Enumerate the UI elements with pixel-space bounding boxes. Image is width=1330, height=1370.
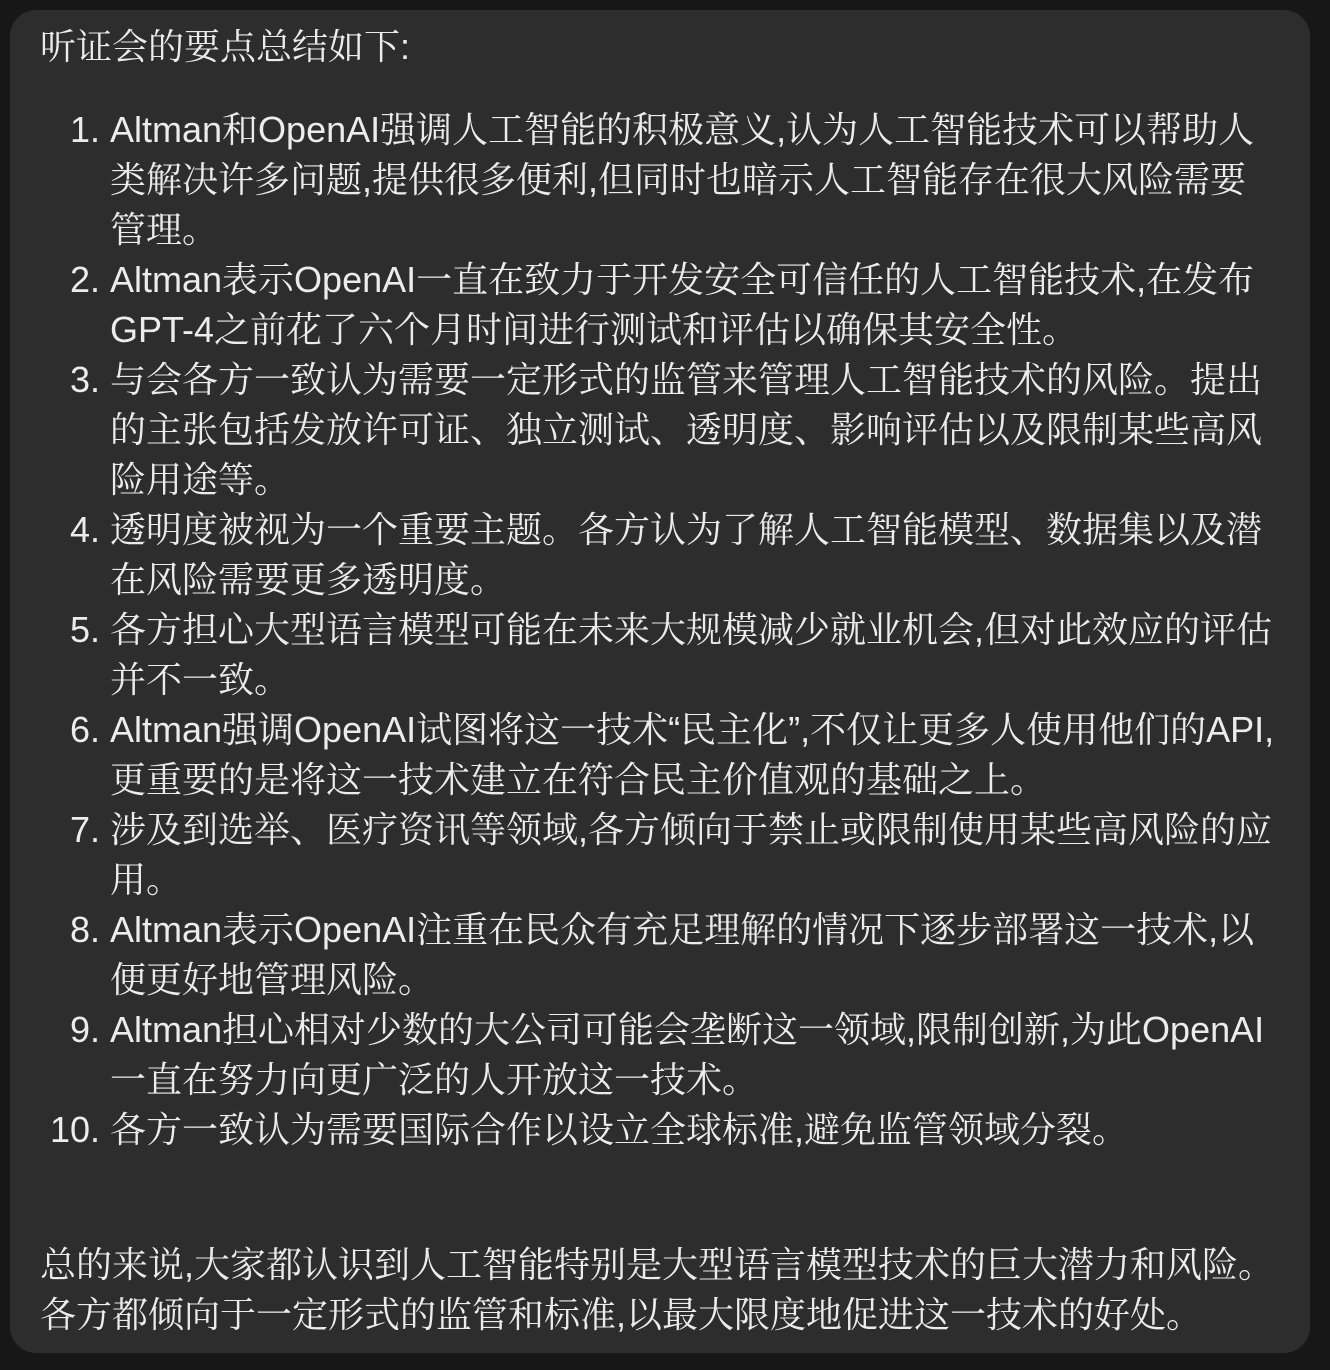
key-point-item-3: 与会各方一致认为需要一定形式的监管来管理人工智能技术的风险。提出的主张包括发放许… xyxy=(110,355,1280,505)
key-points-list: Altman和OpenAI强调人工智能的积极意义,认为人工智能技术可以帮助人类解… xyxy=(40,105,1280,1155)
key-point-item-8: Altman表示OpenAI注重在民众有充足理解的情况下逐步部署这一技术,以便更… xyxy=(110,905,1280,1005)
key-point-item-9: Altman担心相对少数的大公司可能会垄断这一领域,限制创新,为此OpenAI一… xyxy=(110,1005,1280,1105)
assistant-message-card: 听证会的要点总结如下: Altman和OpenAI强调人工智能的积极意义,认为人… xyxy=(10,10,1310,1353)
key-point-item-2: Altman表示OpenAI一直在致力于开发安全可信任的人工智能技术,在发布GP… xyxy=(110,255,1280,355)
key-point-item-1: Altman和OpenAI强调人工智能的积极意义,认为人工智能技术可以帮助人类解… xyxy=(110,105,1280,255)
conclusion-text: 总的来说,大家都认识到人工智能特别是大型语言模型技术的巨大潜力和风险。各方都倾向… xyxy=(40,1240,1280,1340)
intro-text: 听证会的要点总结如下: xyxy=(40,22,1280,72)
key-point-item-4: 透明度被视为一个重要主题。各方认为了解人工智能模型、数据集以及潜在风险需要更多透… xyxy=(110,505,1280,605)
key-point-item-10: 各方一致认为需要国际合作以设立全球标准,避免监管领域分裂。 xyxy=(110,1105,1280,1155)
key-point-item-7: 涉及到选举、医疗资讯等领域,各方倾向于禁止或限制使用某些高风险的应用。 xyxy=(110,805,1280,905)
key-point-item-6: Altman强调OpenAI试图将这一技术“民主化”,不仅让更多人使用他们的AP… xyxy=(110,705,1280,805)
key-point-item-5: 各方担心大型语言模型可能在未来大规模减少就业机会,但对此效应的评估并不一致。 xyxy=(110,605,1280,705)
